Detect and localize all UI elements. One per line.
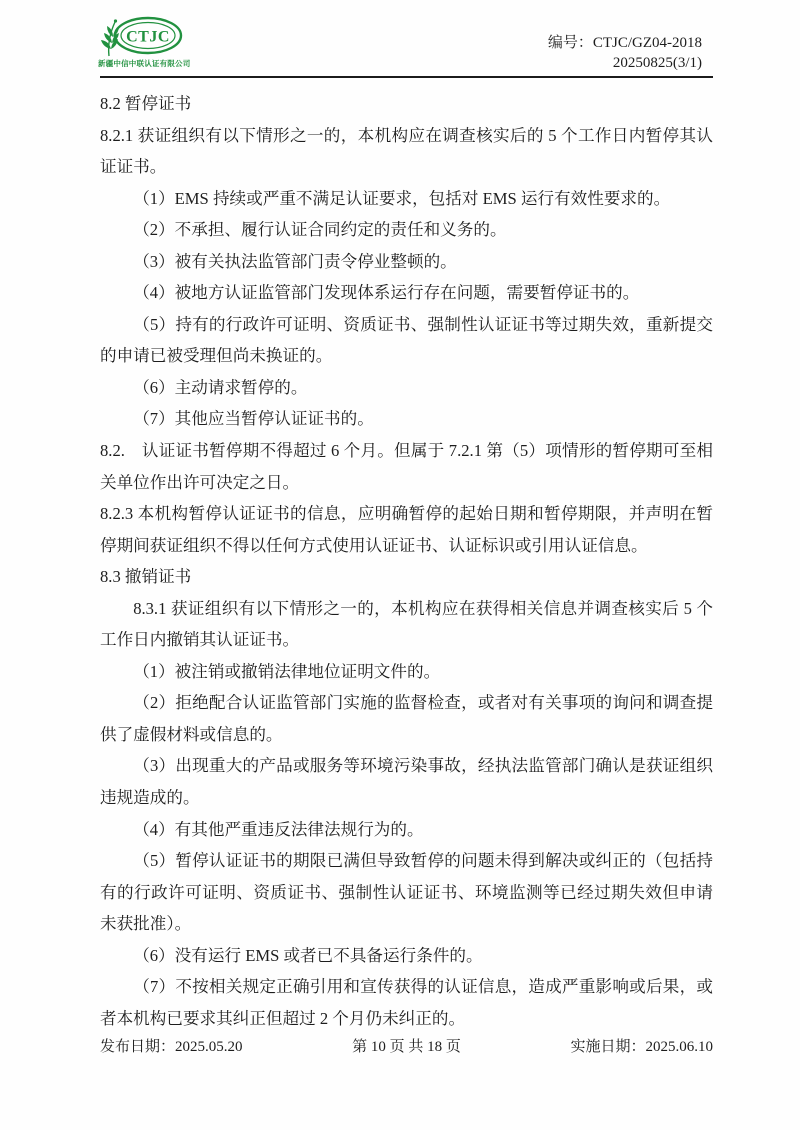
paragraph: （4）被地方认证监管部门发现体系运行存在问题，需要暂停证书的。 [100,277,713,309]
paragraph: （6）主动请求暂停的。 [100,372,713,404]
paragraph: 8.3.1 获证组织有以下情形之一的，本机构应在获得相关信息并调查核实后 5 个… [100,593,713,656]
paragraph: （7）其他应当暂停认证证书的。 [100,403,713,435]
paragraph: （7）不按相关规定正确引用和宣传获得的认证信息，造成严重影响或后果，或者本机构已… [100,971,713,1034]
document-meta: 编号：CTJC/GZ04-2018 20250825(3/1) [548,33,702,73]
doc-number: 编号：CTJC/GZ04-2018 [548,33,702,53]
document-body: 8.2 暂停证书8.2.1 获证组织有以下情形之一的，本机构应在调查核实后的 5… [100,88,713,1034]
paragraph: 8.2 暂停证书 [100,88,713,120]
document-footer: 发布日期：2025.05.20 第 10 页 共 18 页 实施日期：2025.… [100,1037,713,1057]
paragraph: （3）被有关执法监管部门责令停业整顿的。 [100,246,713,278]
paragraph: （6）没有运行 EMS 或者已不具备运行条件的。 [100,940,713,972]
company-logo: CTJC 新疆中信中联认证有限公司 [98,15,198,69]
paragraph: （5）暂停认证证书的期限已满但导致暂停的问题未得到解决或纠正的（包括持有的行政许… [100,845,713,940]
implementation-date: 实施日期：2025.06.10 [570,1037,713,1057]
paragraph: （2）不承担、履行认证合同约定的责任和义务的。 [100,214,713,246]
page-number: 第 10 页 共 18 页 [352,1037,461,1057]
paragraph: （1）被注销或撤销法律地位证明文件的。 [100,656,713,688]
paragraph: 8.2.1 获证组织有以下情形之一的，本机构应在调查核实后的 5 个工作日内暂停… [100,120,713,183]
company-name: 新疆中信中联认证有限公司 [98,58,198,69]
paragraph: （4）有其他严重违反法律法规行为的。 [100,814,713,846]
document-page: CTJC 新疆中信中联认证有限公司 编号：CTJC/GZ04-2018 2025… [0,0,800,1130]
paragraph: 8.2.3 本机构暂停认证证书的信息，应明确暂停的起始日期和暂停期限，并声明在暂… [100,498,713,561]
paragraph: （1）EMS 持续或严重不满足认证要求，包括对 EMS 运行有效性要求的。 [100,183,713,215]
ctjc-logo-icon: CTJC [98,15,184,57]
header-divider [100,76,713,78]
logo-acronym: CTJC [126,29,170,46]
doc-version: 20250825(3/1) [548,53,702,73]
paragraph: 8.2. 认证证书暂停期不得超过 6 个月。但属于 7.2.1 第（5）项情形的… [100,435,713,498]
paragraph: （3）出现重大的产品或服务等环境污染事故，经执法监管部门确认是获证组织违规造成的… [100,750,713,813]
release-date: 发布日期：2025.05.20 [100,1037,243,1057]
paragraph: （5）持有的行政许可证明、资质证书、强制性认证证书等过期失效，重新提交的申请已被… [100,309,713,372]
paragraph: （2）拒绝配合认证监管部门实施的监督检查，或者对有关事项的询问和调查提供了虚假材… [100,687,713,750]
paragraph: 8.3 撤销证书 [100,561,713,593]
